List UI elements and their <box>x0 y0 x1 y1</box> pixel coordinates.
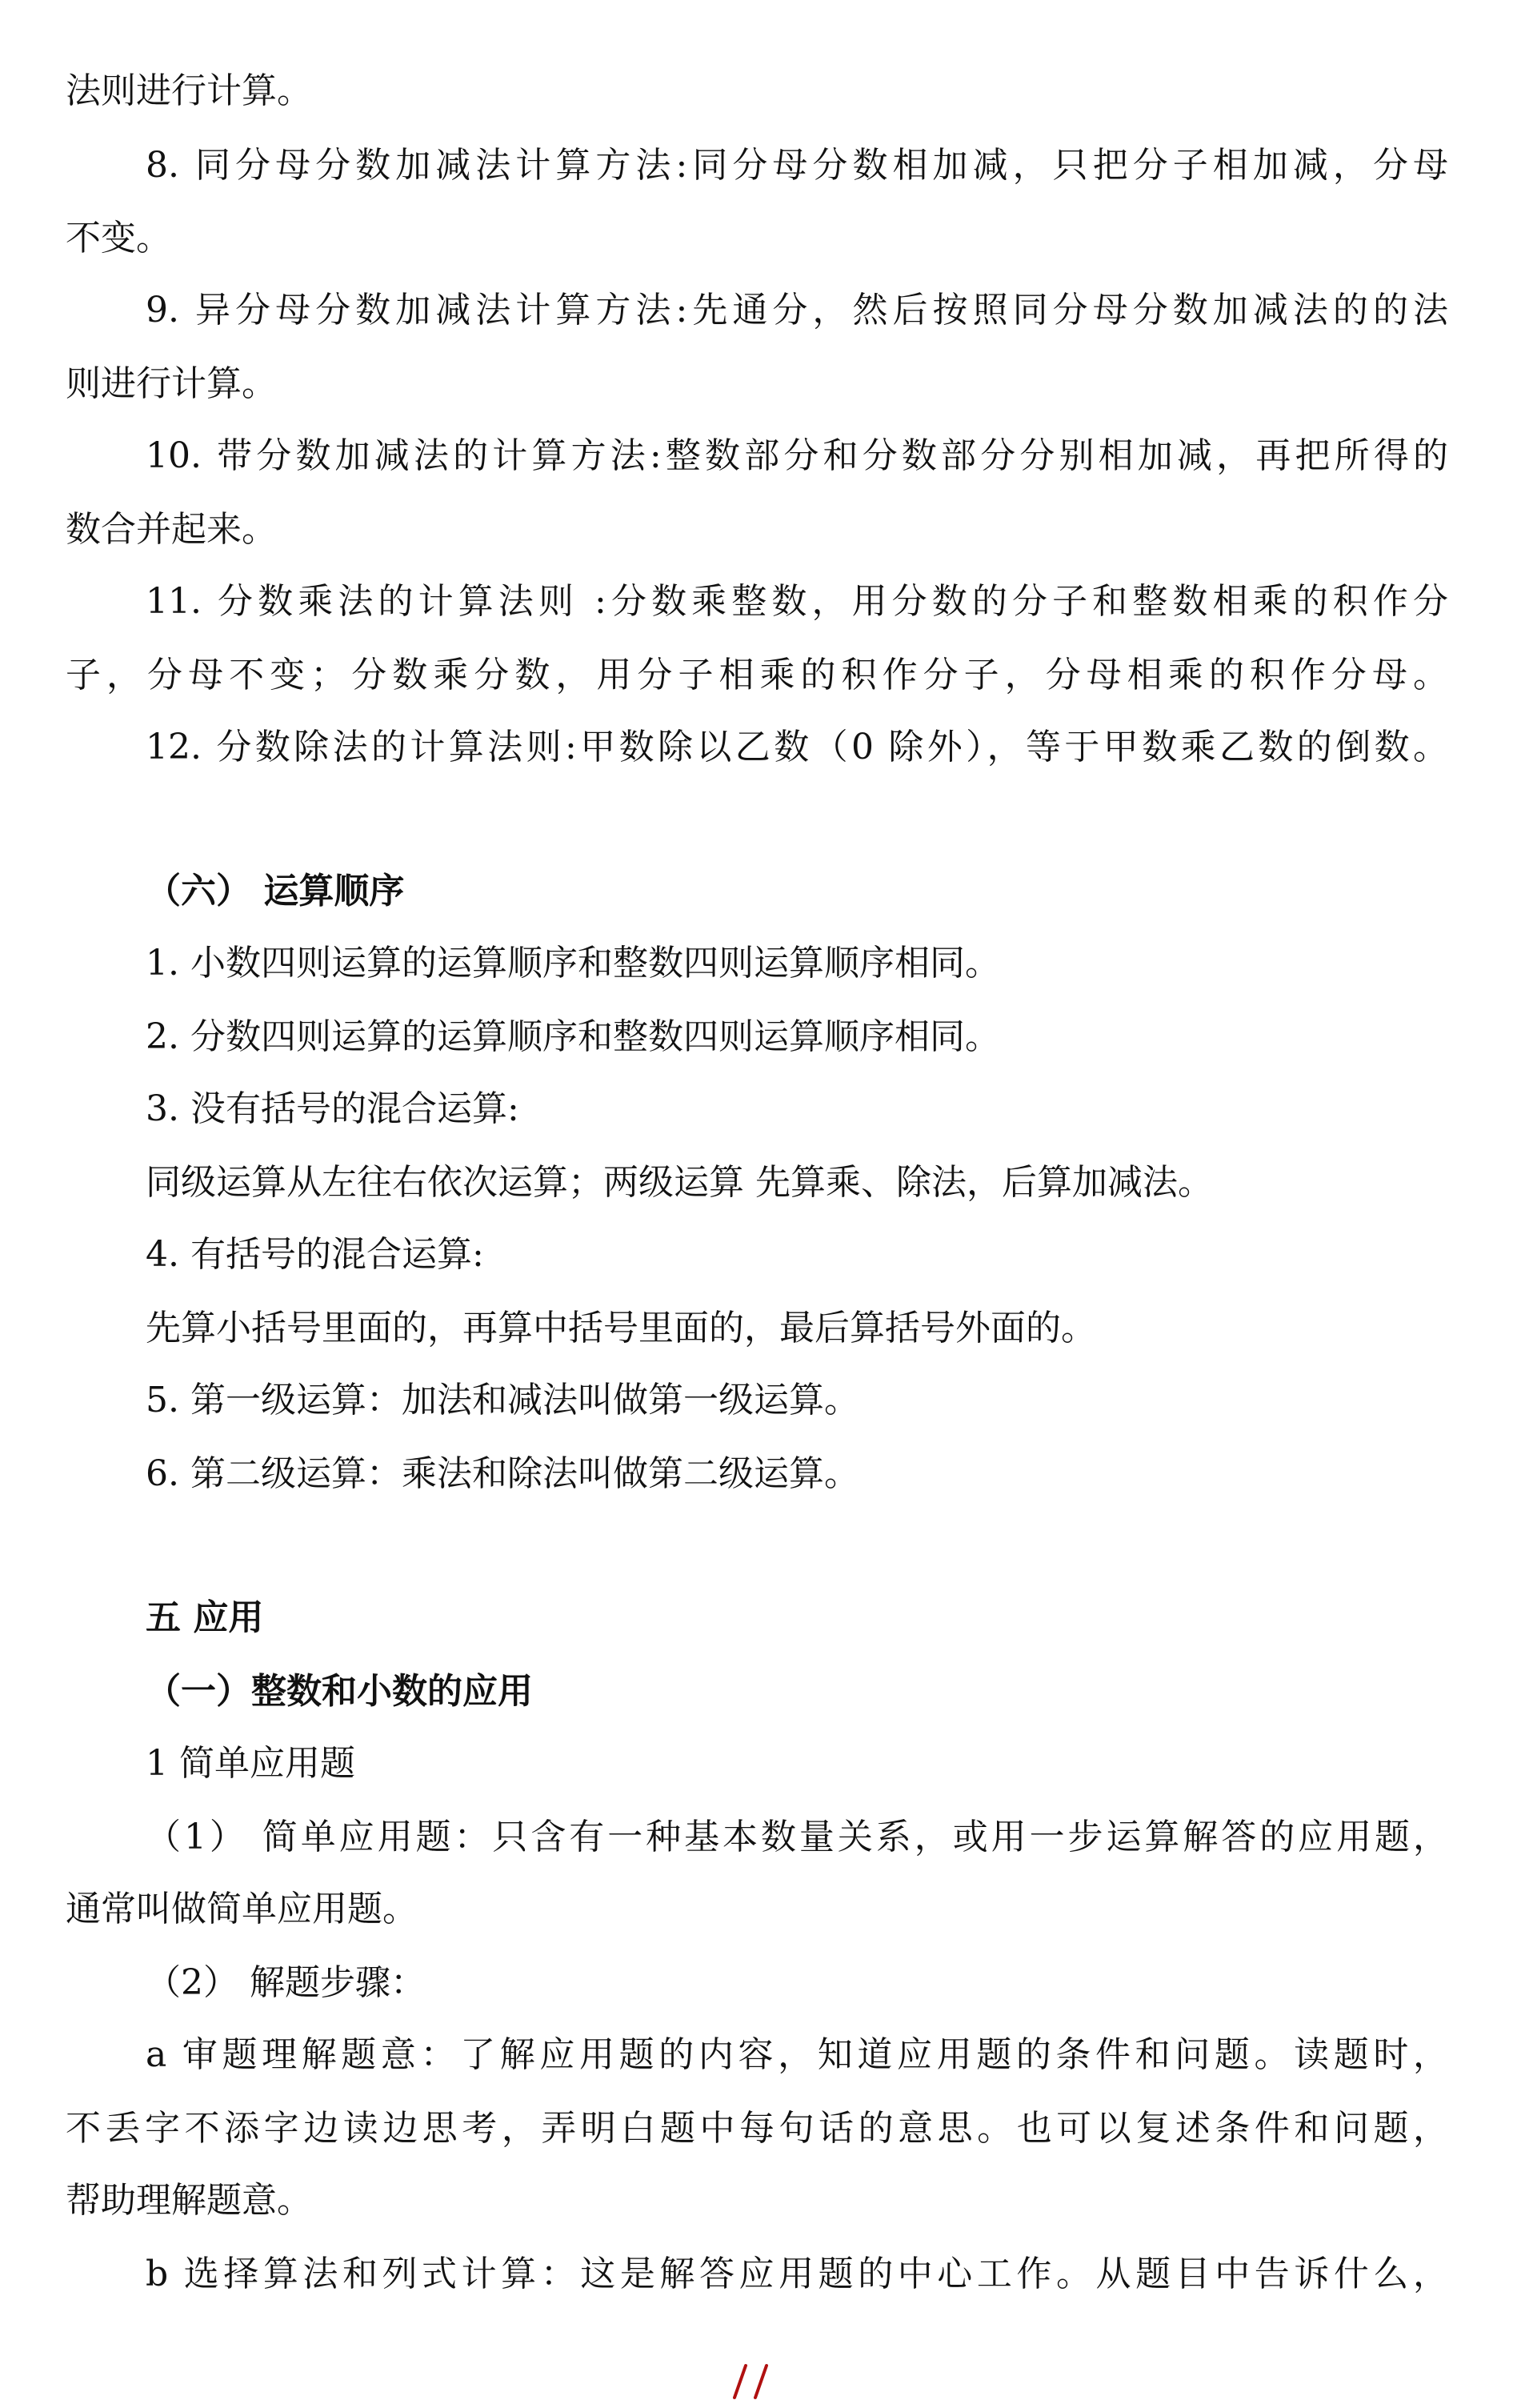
text-line: 不变。 <box>66 218 171 259</box>
text-line: 9. 异分母分数加减法计算方法:先通分，然后按照同分母分数加减法的的法 <box>146 290 1448 331</box>
text-line: 同级运算从左往右依次运算；两级运算 先算乘、除法，后算加减法。 <box>146 1162 1213 1204</box>
text-line: 5. 第一级运算：加法和减法叫做第一级运算。 <box>146 1380 859 1421</box>
text-line: 6. 第二级运算：乘法和除法叫做第二级运算。 <box>146 1453 859 1495</box>
text-line: b 选择算法和列式计算：这是解答应用题的中心工作。从题目中告诉什么， <box>146 2254 1448 2295</box>
text-line: 数合并起来。 <box>66 509 277 551</box>
text-line: 帮助理解题意。 <box>66 2180 312 2222</box>
text-line: 11. 分数乘法的计算法则 :分数乘整数，用分数的分子和整数相乘的积作分 <box>146 581 1448 623</box>
text-line: 2. 分数四则运算的运算顺序和整数四则运算顺序相同。 <box>146 1016 1000 1058</box>
text-line: 8. 同分母分数加减法计算方法:同分母分数相加减，只把分子相加减，分母 <box>146 145 1448 186</box>
text-line: a 审题理解题意：了解应用题的内容，知道应用题的条件和问题。读题时， <box>146 2034 1448 2076</box>
document-page: 法则进行计算。8. 同分母分数加减法计算方法:同分母分数相加减，只把分子相加减，… <box>0 0 1513 2408</box>
text-line: 先算小括号里面的，再算中括号里面的，最后算括号外面的。 <box>146 1308 1096 1349</box>
section-heading: （一）整数和小数的应用 <box>146 1671 533 1713</box>
text-line: 通常叫做简单应用题。 <box>66 1889 418 1930</box>
text-line: 10. 带分数加减法的计算方法:整数部分和分数部分分别相加减，再把所得的 <box>146 435 1448 477</box>
text-line: 12. 分数除法的计算法则:甲数除以乙数（0 除外），等于甲数乘乙数的倒数。 <box>146 727 1448 768</box>
text-line: 则进行计算。 <box>66 363 277 405</box>
handwritten-page-number <box>730 2361 786 2402</box>
section-heading: 五 应用 <box>146 1597 263 1639</box>
text-line: 3. 没有括号的混合运算: <box>146 1088 519 1130</box>
text-line: 法则进行计算。 <box>66 70 312 112</box>
section-heading: （六） 运算顺序 <box>146 871 404 912</box>
text-line: 1 简单应用题 <box>146 1743 355 1785</box>
text-line: 子，分母不变；分数乘分数，用分子相乘的积作分子，分母相乘的积作分母。 <box>66 655 1448 696</box>
text-line: 不丢字不添字边读边思考，弄明白题中每句话的意思。也可以复述条件和问题， <box>66 2108 1448 2150</box>
text-line: 4. 有括号的混合运算: <box>146 1234 484 1276</box>
text-line: （2） 解题步骤： <box>146 1962 426 2004</box>
text-line: （1） 简单应用题：只含有一种基本数量关系，或用一步运算解答的应用题， <box>146 1817 1448 1858</box>
text-line: 1. 小数四则运算的运算顺序和整数四则运算顺序相同。 <box>146 943 1000 984</box>
